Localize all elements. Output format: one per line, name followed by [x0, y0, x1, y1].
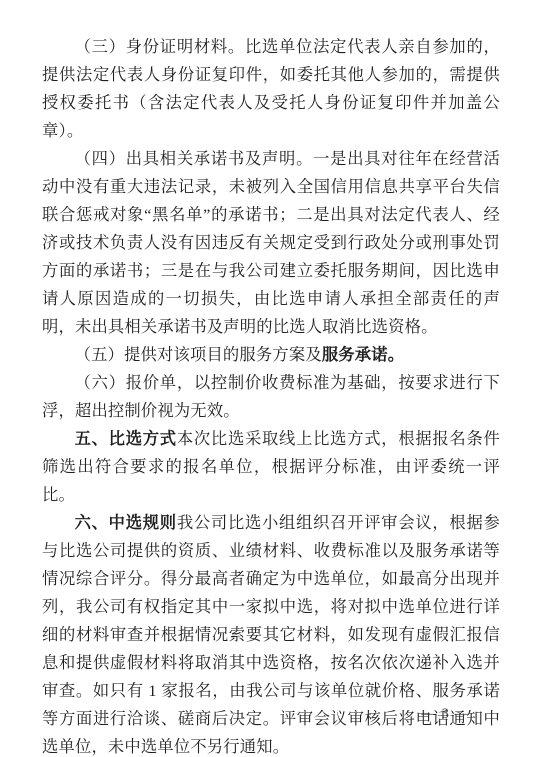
- paragraph: （三）身份证明材料。比选单位法定代表人亲自参加的，提供法定代表人身份证复印件，如…: [42, 33, 500, 145]
- document-page: （三）身份证明材料。比选单位法定代表人亲自参加的，提供法定代表人身份证复印件，如…: [0, 0, 540, 757]
- bold-text-segment: 六、中选规则: [75, 513, 177, 532]
- text-segment: （四）出具相关承诺书及声明。一是出具对往年在经营活动中没有重大违法记录，未被列入…: [42, 149, 500, 336]
- paragraph: 五、比选方式本次比选采取线上比选方式，根据报名条件筛选出符合要求的报名单位，根据…: [42, 425, 500, 509]
- bold-text-segment: 五、比选方式: [75, 429, 177, 448]
- page-number-text: — 3 —: [422, 706, 471, 722]
- bold-text-segment: 服务承诺。: [322, 345, 404, 364]
- text-segment: （五）提供对该项目的服务方案及: [75, 345, 322, 364]
- paragraph: （四）出具相关承诺书及声明。一是出具对往年在经营活动中没有重大违法记录，未被列入…: [42, 145, 500, 341]
- page-number: — 3 —: [422, 704, 471, 724]
- text-segment: （六）报价单，以控制价收费标准为基础，按要求进行下浮，超出控制价视为无效。: [42, 373, 500, 420]
- document-body: （三）身份证明材料。比选单位法定代表人亲自参加的，提供法定代表人身份证复印件，如…: [42, 33, 500, 757]
- text-segment: （三）身份证明材料。比选单位法定代表人亲自参加的，提供法定代表人身份证复印件，如…: [42, 37, 500, 140]
- paragraph: （五）提供对该项目的服务方案及服务承诺。: [42, 341, 500, 369]
- paragraph: （六）报价单，以控制价收费标准为基础，按要求进行下浮，超出控制价视为无效。: [42, 369, 500, 425]
